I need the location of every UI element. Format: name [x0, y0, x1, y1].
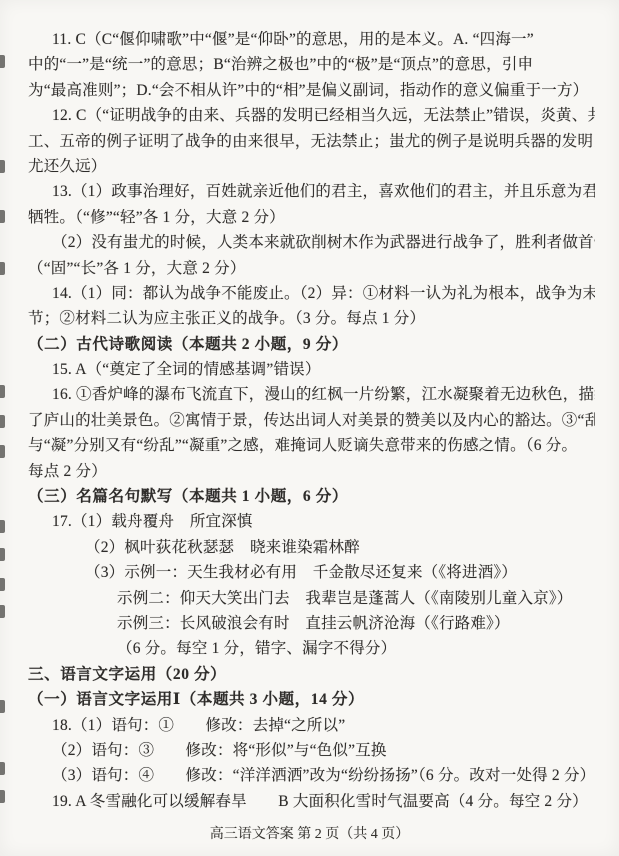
text-line: 示例二：仰天大笑出门去 我辈岂是蓬蒿人（《南陵别儿童入京》） — [28, 586, 595, 611]
edge-mark — [0, 55, 5, 68]
text-line: （二）古代诗歌阅读（本题共 2 小题，9 分） — [28, 332, 595, 357]
edge-mark — [0, 520, 5, 533]
edge-mark — [0, 605, 5, 618]
text-line: 13.（1）政事治理好，百姓就亲近他们的君主，喜欢他们的君主，并且乐意为君主 — [28, 179, 595, 204]
text-line: 19. A 冬雪融化可以缓解春旱 B 大面积化雪时气温要高（4 分。每空 2 分… — [28, 789, 595, 814]
text-line: 工、五帝的例子证明了战争的由来很早，无法禁止；蚩尤的例子是说明兵器的发明比蚩 — [28, 129, 595, 154]
edge-mark — [0, 445, 5, 458]
text-line: （6 分。每空 1 分，错字、漏字不得分） — [28, 636, 595, 661]
text-line: （一）语言文字运用Ⅰ（本题共 3 小题，14 分） — [28, 687, 595, 712]
text-line: 节；②材料二认为应主张正义的战争。（3 分。每点 1 分） — [28, 306, 595, 331]
text-line: 三、语言文字运用（20 分） — [28, 662, 595, 687]
answer-text-block: 11. C（C“偃仰啸歌”中“偃”是“仰卧”的意思，用的是本义。A. “四海一”… — [28, 27, 595, 814]
text-line: 16. ①香炉峰的瀑布飞流直下，漫山的红枫一片纷繁，江水凝聚着无边秋色，描绘 — [28, 382, 595, 407]
text-line: 18.（1）语句：① 修改：去掉“之所以” — [28, 713, 595, 738]
text-line: （“固”“长”各 1 分，大意 2 分） — [28, 256, 595, 281]
text-line: 示例三：长风破浪会有时 直挂云帆济沧海（《行路难》） — [28, 611, 595, 636]
edge-mark — [0, 548, 5, 561]
edge-mark — [0, 578, 5, 591]
text-line: 为“最高准则”；D.“会不相从许”中的“相”是偏义副词，指动作的意义偏重于一方） — [28, 78, 595, 103]
text-line: 中的“一”是“统一”的意思；B“治辨之极也”中的“极”是“顶点”的意思，引申 — [28, 52, 595, 77]
text-line: 14.（1）同：都认为战争不能废止。（2）异：①材料一认为礼为根本，战争为末 — [28, 281, 595, 306]
edge-mark — [0, 415, 5, 428]
text-line: 12. C（“证明战争的由来、兵器的发明已经相当久远，无法禁止”错误，炎黄、共 — [28, 103, 595, 128]
edge-mark — [0, 762, 5, 775]
text-line: （2）语句：③ 修改：将“形似”与“色似”互换 — [28, 738, 595, 763]
page-footer: 高三语文答案 第 2 页（共 4 页） — [0, 823, 619, 843]
text-line: （3）示例一：天生我材必有用 千金散尽还复来（《将进酒》） — [28, 560, 595, 585]
edge-mark — [0, 262, 5, 275]
text-line: 15. A（“奠定了全词的情感基调”错误） — [28, 357, 595, 382]
text-line: 尤还久远） — [28, 154, 595, 179]
text-line: （2）枫叶荻花秋瑟瑟 晓来谁染霜林醉 — [28, 535, 595, 560]
scanned-answer-page: 11. C（C“偃仰啸歌”中“偃”是“仰卧”的意思，用的是本义。A. “四海一”… — [0, 0, 619, 856]
text-line: 11. C（C“偃仰啸歌”中“偃”是“仰卧”的意思，用的是本义。A. “四海一” — [28, 27, 595, 52]
edge-mark — [0, 210, 5, 223]
edge-mark — [0, 790, 5, 803]
text-line: （3）语句：④ 修改：“洋洋洒洒”改为“纷纷扬扬”（6 分。改对一处得 2 分） — [28, 763, 595, 788]
text-line: 每点 2 分） — [28, 459, 595, 484]
text-line: 牺牲。（“修”“轻”各 1 分，大意 2 分） — [28, 205, 595, 230]
text-line: （三）名篇名句默写（本题共 1 小题，6 分） — [28, 484, 595, 509]
edge-mark — [0, 385, 5, 398]
text-line: 与“凝”分别又有“纷乱”“凝重”之感，难掩词人贬谪失意带来的伤感之情。（6 分。 — [28, 433, 595, 458]
text-line: 17.（1）载舟覆舟 所宜深慎 — [28, 509, 595, 534]
text-line: （2）没有蚩尤的时候，人类本来就砍削树木作为武器进行战争了，胜利者做首领。 — [28, 230, 595, 255]
edge-mark — [0, 700, 5, 713]
text-line: 了庐山的壮美景色。②寓情于景，传达出词人对美景的赞美以及内心的豁达。③“乱” — [28, 408, 595, 433]
edge-mark — [0, 160, 5, 173]
